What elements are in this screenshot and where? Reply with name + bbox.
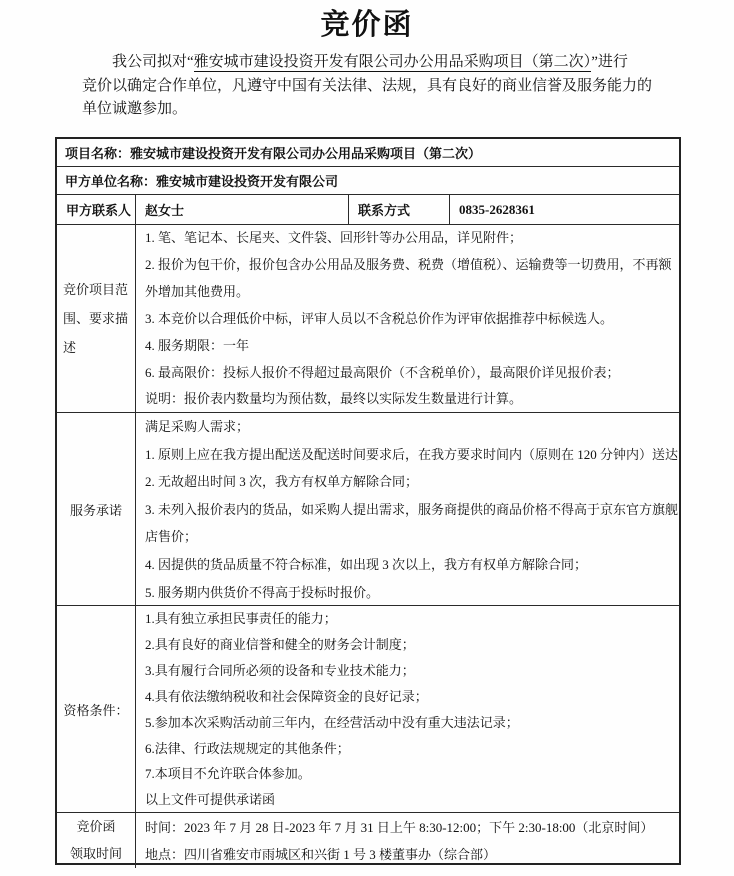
qualification-row: 资格条件： 1.具有独立承担民事责任的能力； 2.具有良好的商业信誉和健全的财务… [57,606,679,813]
document-title: 竞价函 [0,0,734,44]
service-content-cell: 满足采购人需求； 1. 原则上应在我方提出配送及配送时间要求后，在我方要求时间内… [136,413,679,605]
contact-row: 甲方联系人 赵女士 联系方式 0835-2628361 [57,195,679,225]
contact-method-label-cell: 联系方式 [349,195,450,224]
party-a-name-row: 甲方单位名称：雅安城市建设投资开发有限公司 [57,167,679,195]
bidding-info-table: 项目名称：雅安城市建设投资开发有限公司办公用品采购项目（第二次） 甲方单位名称：… [55,137,681,865]
qualification-content-cell: 1.具有独立承担民事责任的能力； 2.具有良好的商业信誉和健全的财务会计制度； … [136,606,679,812]
intro-prefix: 我公司拟对“ [112,54,194,70]
scope-header-cell: 竞价项目范 围、要求描 述 [57,225,136,412]
collection-time-row: 竞价函 领取时间 时间：2023 年 7 月 28 日-2023 年 7 月 3… [57,813,679,868]
scope-content-cell: 1. 笔、笔记本、长尾夹、文件袋、回形针等办公用品，详见附件； 2. 报价为包干… [136,225,679,412]
intro-paragraph: 我公司拟对“雅安城市建设投资开发有限公司办公用品采购项目（第二次）”进行 竞价以… [82,51,656,122]
collection-header-cell: 竞价函 领取时间 [57,813,136,868]
qualification-header-cell: 资格条件： [57,606,136,812]
service-header-cell: 服务承诺 [57,413,136,605]
collection-content-cell: 时间：2023 年 7 月 28 日-2023 年 7 月 31 日上午 8:3… [136,813,679,868]
scope-row: 竞价项目范 围、要求描 述 1. 笔、笔记本、长尾夹、文件袋、回形针等办公用品，… [57,225,679,413]
contact-name-cell: 赵女士 [136,195,349,224]
contact-phone-cell: 0835-2628361 [450,195,679,224]
project-name-underlined: 雅安城市建设投资开发有限公司办公用品采购项目（第二次） [194,54,592,72]
document-page: 竞价函 我公司拟对“雅安城市建设投资开发有限公司办公用品采购项目（第二次）”进行… [0,0,734,876]
service-commitment-row: 服务承诺 满足采购人需求； 1. 原则上应在我方提出配送及配送时间要求后，在我方… [57,413,679,606]
project-name-row: 项目名称：雅安城市建设投资开发有限公司办公用品采购项目（第二次） [57,139,679,167]
contact-label-cell: 甲方联系人 [57,195,136,224]
